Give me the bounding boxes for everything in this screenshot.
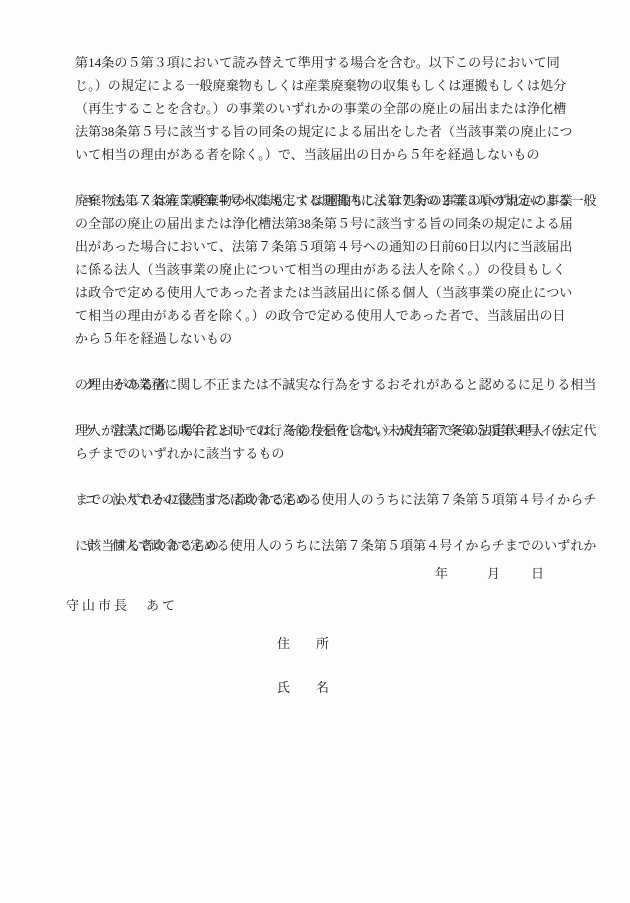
text-line: （再生することを含む。）の事業のいずれかの事業の全部の廃止の届出または浄化槽 [0,97,630,120]
text-line: て相当の理由がある者を除く。）の政令で定める使用人であった者で、当該届出の日 [0,304,630,327]
item-ke: ケ営業に関し成年者と同一の行為能力を有しない未成年者でその法定代理人（法定代 理… [0,396,630,465]
text-line: コ法人でその役員または政令で定める使用人のうちに法第７条第５項第４号イからチ [0,465,630,488]
text-line: 出があった場合において、法第７条第５項第４号ヘの通知の日前60日以内に当該届出 [0,235,630,258]
text-line: に係る法人（当該事業の廃止について相当の理由がある法人を除く。）の役員もしく [0,258,630,281]
item-ki: キ法第７条第５項第４号ヘに規定する期間内に法第７条の２第３項の規定による一般 廃… [0,166,630,350]
text-line: いて相当の理由がある者を除く。）で、当該届出の日から５年を経過しないもの [0,143,630,166]
text-line: 法第38条第５号に該当する旨の同条の規定による届出をした者（当該事業の廃止につ [0,120,630,143]
text-line: サ個人で政令で定める使用人のうちに法第７条第５項第４号イからチまでのいずれか [0,511,630,534]
date-month-label: 月 [487,562,500,585]
document-page: 第14条の５第３項において読み替えて準用する場合を含む。以下この号において同 じ… [0,0,630,903]
text-line: 廃棄物もしくは産業廃棄物の収集もしくは運搬もしくは処分の事業のいずれかの事業 [0,189,630,212]
text-line: クその業務に関し不正または不誠実な行為をするおそれがあると認めるに足りる相当 [0,350,630,373]
text-line: らチまでのいずれかに該当するもの [0,442,630,465]
date-day-label: 日 [531,562,544,585]
text-line: は政令で定める使用人であった者または当該届出に係る個人（当該事業の廃止につい [0,281,630,304]
paragraph-continuation: 第14条の５第３項において読み替えて準用する場合を含む。以下この号において同 じ… [0,51,630,166]
item-text: その業務に関し不正または不誠実な行為をするおそれがあると認めるに足りる相当 [112,377,597,392]
text-line: ケ営業に関し成年者と同一の行為能力を有しない未成年者でその法定代理人（法定代 [0,396,630,419]
date-year-label: 年 [435,562,448,585]
item-sa: サ個人で政令で定める使用人のうちに法第７条第５項第４号イからチまでのいずれか に… [0,511,630,557]
address-label: 住 所 [277,632,329,655]
item-ko: コ法人でその役員または政令で定める使用人のうちに法第７条第５項第４号イからチ ま… [0,465,630,511]
text-line: の全部の廃止の届出または浄化槽法第38条第５号に該当する旨の同条の規定による届 [0,212,630,235]
addressee-line: 守山市長 あて [66,594,178,617]
text-line: 理人が法人である場合においては、その役員を含む。）が法第７条第５項第４号イか [0,419,630,442]
text-line: キ法第７条第５項第４号ヘに規定する期間内に法第７条の２第３項の規定による一般 [0,166,630,189]
item-ku: クその業務に関し不正または不誠実な行為をするおそれがあると認めるに足りる相当 の… [0,350,630,396]
name-label: 氏 名 [277,676,329,699]
text-line: から５年を経過しないもの [0,327,630,350]
text-line: じ。）の規定による一般廃棄物もしくは産業廃棄物の収集もしくは運搬もしくは処分 [0,74,630,97]
date-line: 年 月 日 [0,562,630,585]
document-body: 第14条の５第３項において読み替えて準用する場合を含む。以下この号において同 じ… [0,51,630,557]
text-line: 第14条の５第３項において読み替えて準用する場合を含む。以下この号において同 [0,51,630,74]
